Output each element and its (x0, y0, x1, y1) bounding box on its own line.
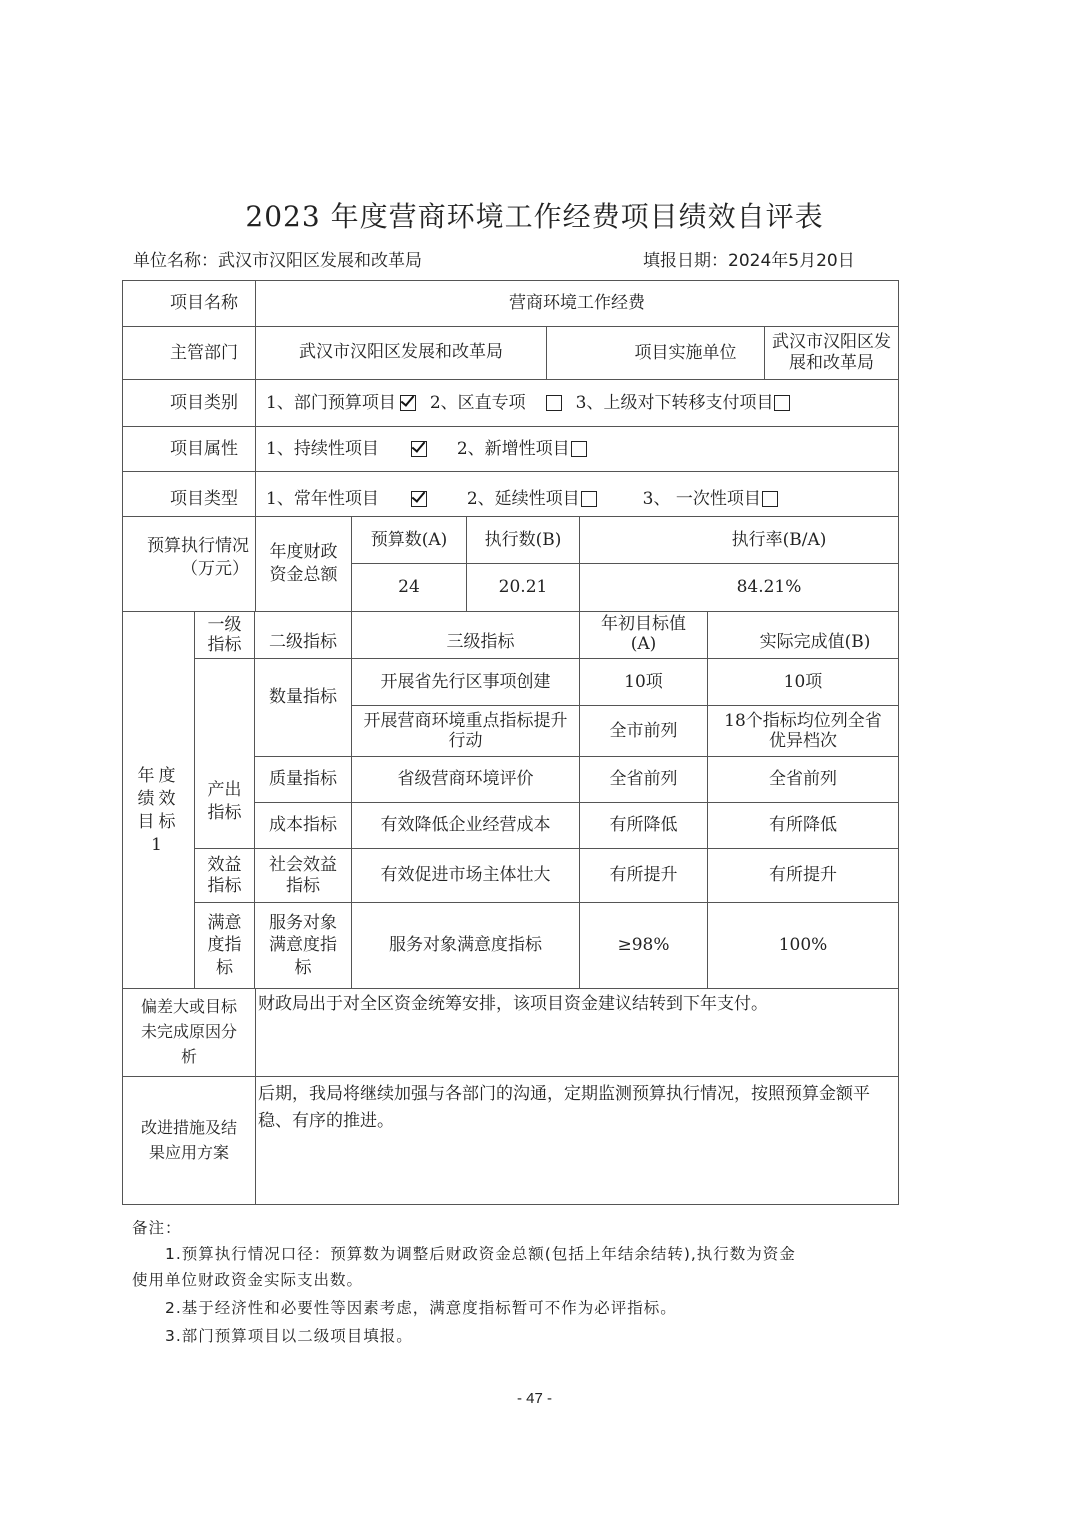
level3-row1: 开展省先行区事项创建 (351, 658, 580, 706)
attribute-options: 1、持续性项目 2、新增性项目 (255, 426, 899, 472)
budget-header-rate: 执行率(B/A) (579, 516, 899, 564)
category-options: 1、部门预算项目 2、区直专项 3、上级对下转移支付项目 (255, 379, 899, 427)
note-3: 3.部门预算项目以二级项目填报。 (165, 1324, 413, 1346)
notes-heading: 备注： (132, 1216, 182, 1238)
budget-value-a: 24 (351, 563, 467, 612)
deviation-label: 偏差大或目标未完成原因分析 (122, 988, 256, 1077)
budget-value-rate: 84.21% (579, 563, 899, 612)
checkbox-checked-icon[interactable] (411, 441, 427, 457)
improvement-label: 改进措施及结果应用方案 (122, 1076, 256, 1205)
level2-cost: 成本指标 (254, 802, 352, 849)
actual-row2: 18个指标均位列全省优异档次 (707, 705, 899, 757)
option-new: 2、新增性项目 (457, 438, 570, 461)
target-row4: 有所降低 (579, 802, 708, 849)
budget-label: 预算执行情况（万元） (122, 516, 256, 612)
checkbox-icon[interactable] (774, 395, 790, 411)
project-name-value: 营商环境工作经费 (255, 280, 899, 327)
level2-quantity: 数量指标 (254, 658, 352, 757)
actual-row5: 有所提升 (707, 848, 899, 903)
checkbox-icon[interactable] (762, 491, 778, 507)
page-number: - 47 - (0, 1390, 1069, 1407)
category-label: 项目类别 (122, 379, 256, 427)
level3-row4: 有效降低企业经营成本 (351, 802, 580, 849)
target-row2: 全市前列 (579, 705, 708, 757)
actual-row4: 有所降低 (707, 802, 899, 849)
option-continuing: 1、持续性项目 (266, 438, 379, 461)
page-title: 2023 年度营商环境工作经费项目绩效自评表 (0, 195, 1069, 235)
header-level3: 三级指标 (351, 611, 580, 659)
budget-header-a: 预算数(A) (351, 516, 467, 564)
level2-social-benefit: 社会效益指标 (254, 848, 352, 903)
target-row6: ≥98% (579, 902, 708, 989)
target-row3: 全省前列 (579, 756, 708, 803)
deviation-text: 财政局出于对全区资金统筹安排，该项目资金建议结转到下年支付。 (255, 988, 899, 1077)
option-transfer-payment: 3、上级对下转移支付项目 (576, 392, 774, 415)
unit-name: 单位名称：武汉市汉阳区发展和改革局 (133, 246, 422, 271)
impl-unit-value: 武汉市汉阳区发展和改革局 (764, 326, 899, 380)
note-1: 1.预算执行情况口径：预算数为调整后财政资金总额(包括上年结余结转),执行数为资… (165, 1242, 796, 1264)
target-row1: 10项 (579, 658, 708, 706)
header-level1: 一级指标 (194, 611, 255, 659)
checkbox-checked-icon[interactable] (411, 491, 427, 507)
type-label: 项目类型 (122, 471, 256, 517)
budget-total-label: 年度财政资金总额 (255, 516, 352, 612)
note-1-cont: 使用单位财政资金实际支出数。 (132, 1268, 363, 1290)
budget-value-b: 20.21 (466, 563, 580, 612)
level3-row6: 服务对象满意度指标 (351, 902, 580, 989)
improvement-text: 后期，我局将继续加强与各部门的沟通，定期监测预算执行情况，按照预算金额平稳、有序… (255, 1076, 899, 1205)
level2-service-satisfaction: 服务对象满意度指标 (254, 902, 352, 989)
option-dept-budget: 1、部门预算项目 (266, 392, 396, 415)
checkbox-icon[interactable] (546, 395, 562, 411)
note-2: 2.基于经济性和必要性等因素考虑，满意度指标暂可不作为必评指标。 (165, 1296, 677, 1318)
attribute-label: 项目属性 (122, 426, 256, 472)
header-target: 年初目标值(A) (579, 611, 708, 659)
annual-goal-label: 年度绩效目标1 (122, 611, 195, 989)
level3-row5: 有效促进市场主体壮大 (351, 848, 580, 903)
level1-satisfaction: 满意度指标 (194, 902, 255, 989)
checkbox-checked-icon[interactable] (400, 395, 416, 411)
level3-row2: 开展营商环境重点指标提升行动 (351, 705, 580, 757)
checkbox-icon[interactable] (581, 491, 597, 507)
option-extended: 2、延续性项目 (467, 488, 580, 511)
header-actual: 实际完成值(B) (707, 611, 899, 659)
header-level2: 二级指标 (254, 611, 352, 659)
level2-quality: 质量指标 (254, 756, 352, 803)
budget-header-b: 执行数(B) (466, 516, 580, 564)
type-options: 1、常年性项目 2、延续性项目 3、 一次性项目 (255, 471, 899, 517)
option-district-special: 2、区直专项 (430, 392, 526, 415)
actual-row3: 全省前列 (707, 756, 899, 803)
dept-label: 主管部门 (122, 326, 256, 380)
level3-row3: 省级营商环境评价 (351, 756, 580, 803)
target-row5: 有所提升 (579, 848, 708, 903)
actual-row1: 10项 (707, 658, 899, 706)
checkbox-icon[interactable] (571, 441, 587, 457)
actual-row6: 100% (707, 902, 899, 989)
option-one-time: 3、 一次性项目 (643, 488, 761, 511)
project-name-label: 项目名称 (122, 280, 256, 327)
level1-benefit: 效益指标 (194, 848, 255, 903)
option-annual: 1、常年性项目 (266, 488, 379, 511)
level1-output: 产出指标 (194, 658, 255, 849)
report-date: 填报日期：2024年5月20日 (643, 246, 855, 271)
impl-unit-label: 项目实施单位 (546, 326, 765, 380)
dept-value: 武汉市汉阳区发展和改革局 (255, 326, 547, 380)
